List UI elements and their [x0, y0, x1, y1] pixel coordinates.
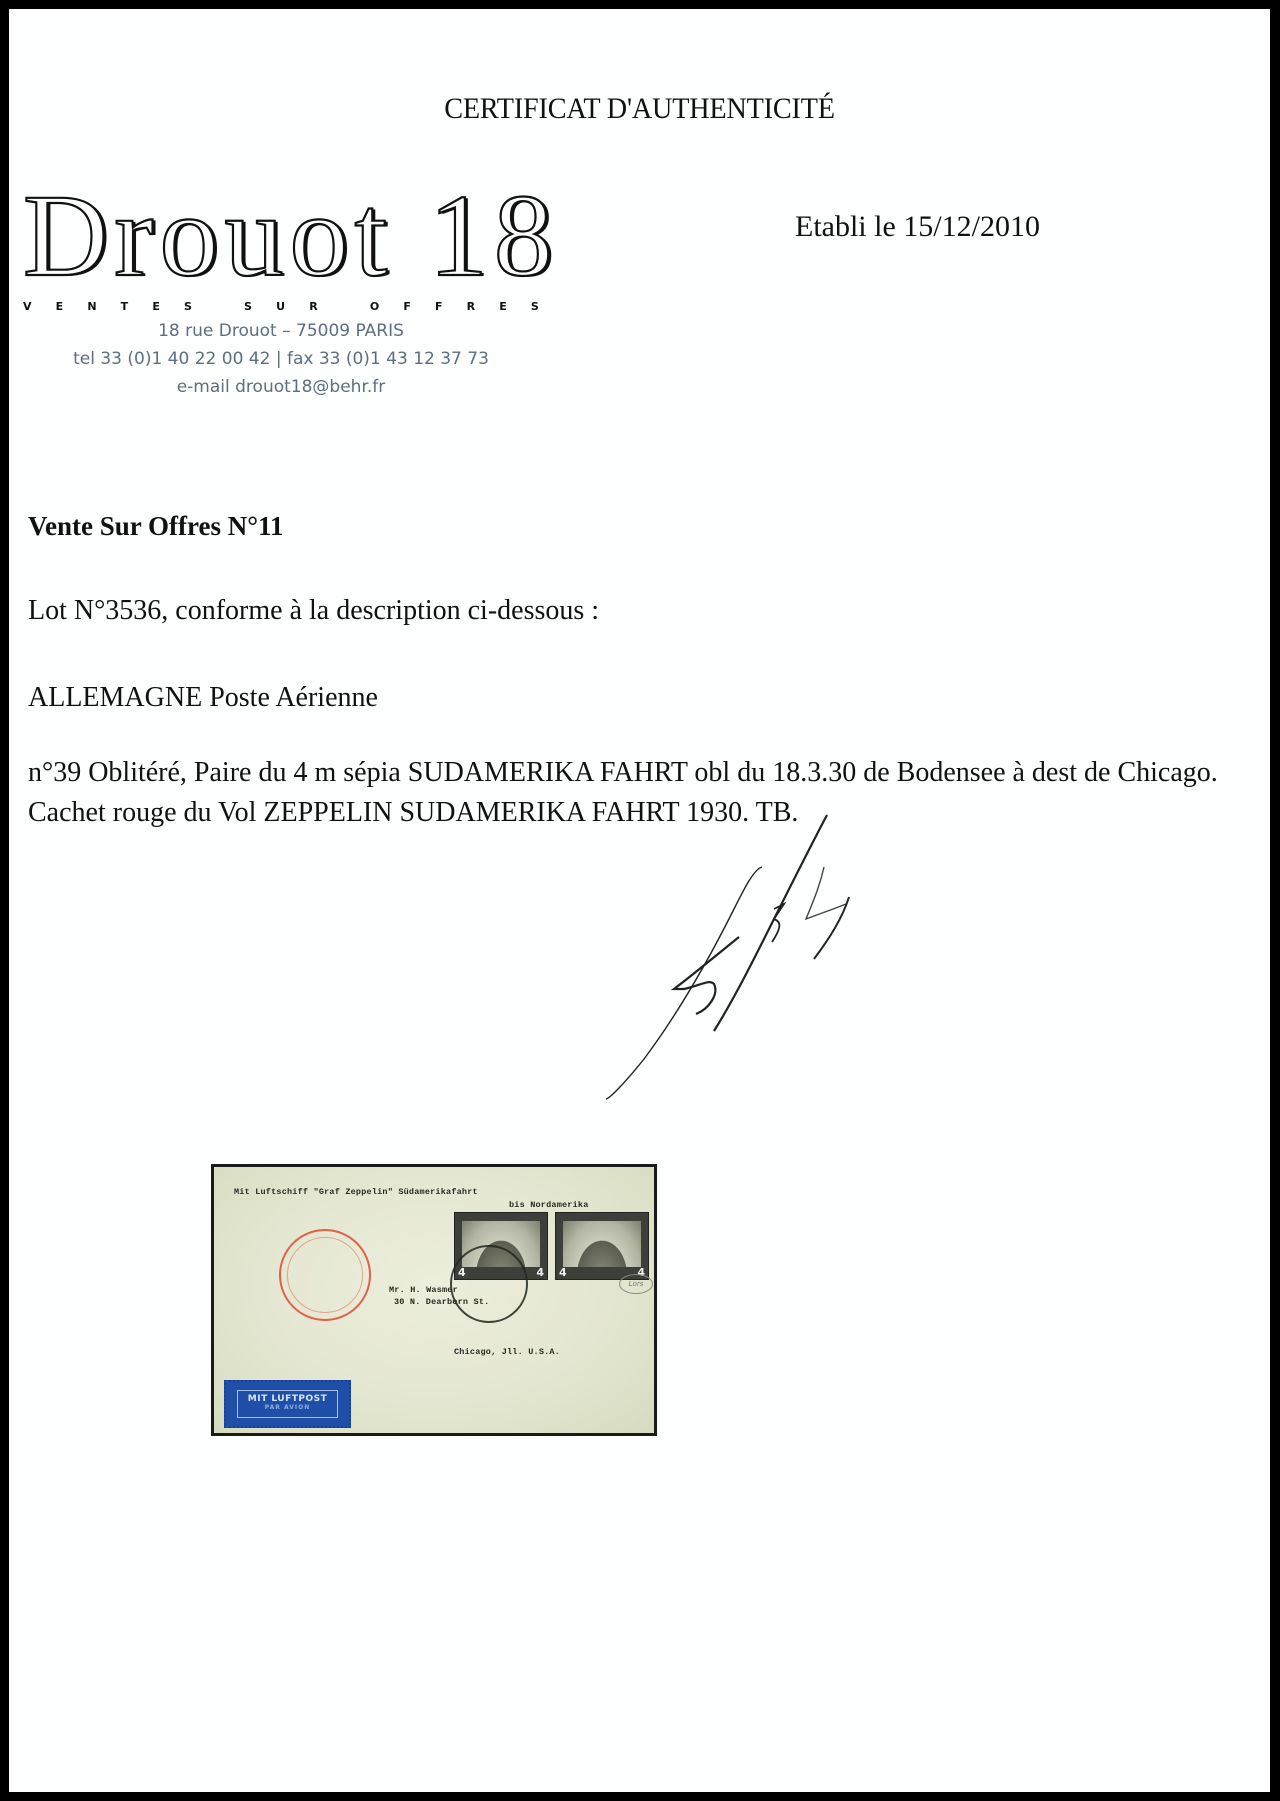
- cover-address-line1: Mr. H. Wasmer: [389, 1285, 458, 1295]
- airmail-label: MIT LUFTPOST PAR AVION: [224, 1380, 351, 1428]
- company-logo: Drouot 18: [23, 181, 559, 291]
- company-phone-fax: tel 33 (0)1 40 22 00 42 | fax 33 (0)1 43…: [23, 349, 539, 369]
- cover-address-line3: Chicago, Jll. U.S.A.: [454, 1347, 560, 1357]
- red-zeppelin-cachet-icon: [279, 1229, 371, 1321]
- sale-heading: Vente Sur Offres N°11: [28, 511, 284, 542]
- cover-address-line2: 30 N. Dearborn St.: [394, 1297, 489, 1307]
- certificate-title: CERTIFICAT D'AUTHENTICITÉ: [47, 92, 1232, 126]
- country-line: ALLEMAGNE Poste Aérienne: [28, 682, 378, 714]
- lot-line: Lot N°3536, conforme à la description ci…: [28, 595, 599, 627]
- company-address: 18 rue Drouot – 75009 PARIS: [23, 321, 539, 341]
- postmark-icon: [450, 1245, 528, 1323]
- certificate-page: CERTIFICAT D'AUTHENTICITÉ Drouot 18 VENT…: [9, 9, 1270, 1792]
- pencil-note: Lors: [619, 1274, 653, 1294]
- company-email: e-mail drouot18@behr.fr: [23, 377, 539, 397]
- cover-header-line2: bis Nordamerika: [509, 1200, 589, 1210]
- signature: [584, 809, 884, 1109]
- company-tagline: VENTES SUR OFFRES: [23, 300, 539, 313]
- cover-header-line1: Mit Luftschiff "Graf Zeppelin" Südamerik…: [234, 1187, 478, 1197]
- issue-date: Etabli le 15/12/2010: [795, 210, 1040, 244]
- zeppelin-stamp-icon: 4 4: [555, 1212, 649, 1280]
- cover-image: Mit Luftschiff "Graf Zeppelin" Südamerik…: [211, 1164, 657, 1436]
